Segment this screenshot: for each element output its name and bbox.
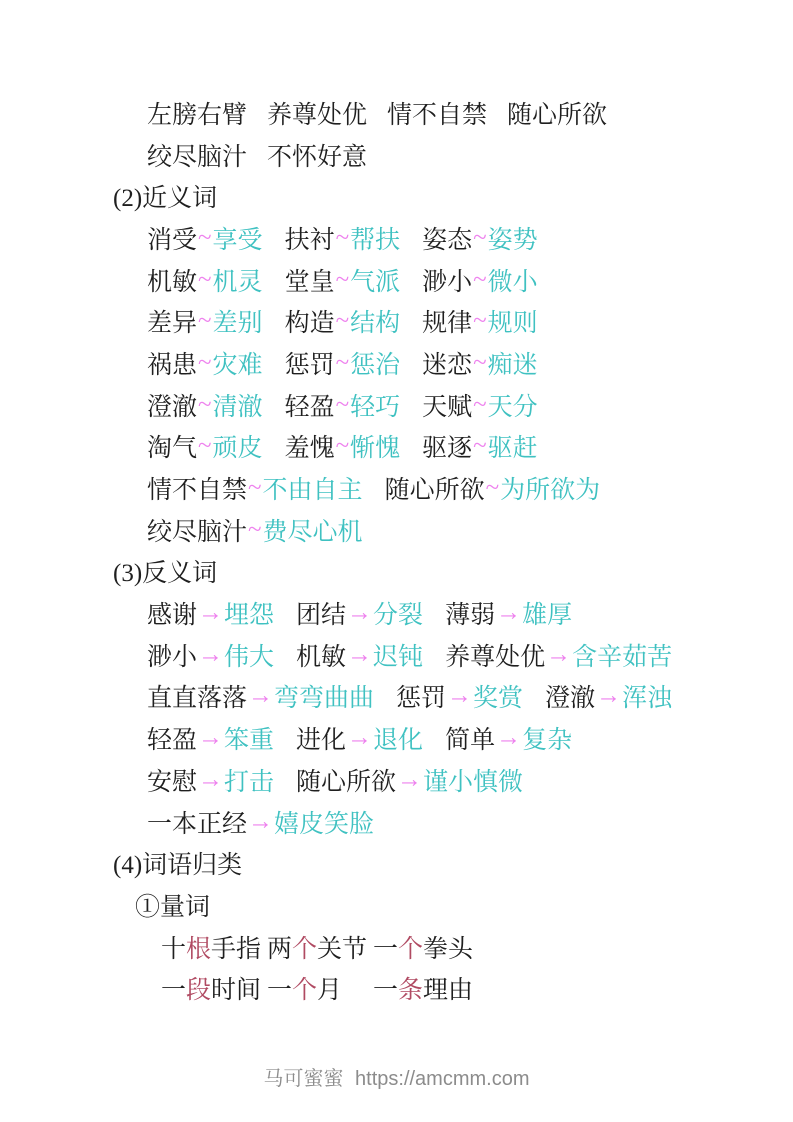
connector-symbol: ~ — [336, 224, 350, 252]
measure-word: 条 — [398, 977, 423, 1004]
measure-phrase: 一条理由 — [373, 970, 473, 1006]
measure-phrase: 一段时间 — [161, 970, 267, 1006]
related-word: 分裂 — [373, 595, 423, 631]
numeral: 两 — [267, 936, 292, 963]
related-word: 雄厚 — [522, 595, 572, 631]
base-word: 随心所欲 — [296, 762, 396, 798]
related-word: 退化 — [373, 720, 423, 756]
related-word: 伟大 — [224, 637, 274, 673]
connector-symbol: → — [596, 682, 621, 710]
base-word: 安慰 — [147, 762, 197, 798]
measure-word: 个 — [292, 977, 317, 1004]
connector-symbol: → — [397, 766, 422, 794]
word-pair: 随心所欲→谨小慎微 — [296, 762, 523, 798]
related-word: 顽皮 — [213, 428, 263, 464]
connector-symbol: ~ — [198, 224, 212, 252]
connector-symbol: ~ — [198, 307, 212, 335]
base-word: 简单 — [445, 720, 495, 756]
word-pair: 养尊处优→含辛茹苦 — [445, 637, 672, 673]
connector-symbol: → — [347, 724, 372, 752]
numeral: 十 — [161, 936, 186, 963]
word-pair: 姿态~姿势 — [422, 220, 538, 256]
word-pair: 感谢→埋怨 — [147, 595, 274, 631]
connector-symbol: ~ — [336, 349, 350, 377]
measure-word: 个 — [292, 936, 317, 963]
numeral: 一 — [373, 936, 398, 963]
connector-symbol: → — [198, 599, 223, 627]
connector-symbol: → — [347, 641, 372, 669]
watermark-footer: 马可蜜蜜 https://amcmm.com — [0, 1062, 793, 1091]
base-word: 直直落落 — [147, 678, 247, 714]
site-url: https://amcmm.com — [355, 1068, 529, 1090]
word-pair: 迷恋~痴迷 — [422, 345, 538, 381]
word-pair: 渺小→伟大 — [147, 637, 274, 673]
word-pair: 堂皇~气派 — [285, 262, 401, 298]
word-pair: 绞尽脑汁~费尽心机 — [147, 512, 363, 548]
base-word: 规律 — [422, 303, 472, 339]
connector-symbol: ~ — [473, 266, 487, 294]
connector-symbol: ~ — [248, 516, 262, 544]
connector-symbol: ~ — [248, 474, 262, 502]
connector-symbol: ~ — [486, 474, 500, 502]
related-word: 结构 — [350, 303, 400, 339]
base-word: 进化 — [296, 720, 346, 756]
synonym-row: 绞尽脑汁~费尽心机 — [147, 509, 793, 551]
base-word: 澄澈 — [147, 387, 197, 423]
idiom-lines: 左膀右臂养尊处优情不自禁随心所欲绞尽脑汁不怀好意 — [0, 92, 793, 175]
connector-symbol: ~ — [473, 432, 487, 460]
noun: 拳头 — [423, 936, 473, 963]
connector-symbol: → — [198, 766, 223, 794]
word-pair: 消受~享受 — [147, 220, 263, 256]
noun: 手指 — [211, 936, 261, 963]
base-word: 渺小 — [422, 262, 472, 298]
base-word: 随心所欲 — [385, 470, 485, 506]
connector-symbol: ~ — [473, 391, 487, 419]
antonym-rows: 感谢→埋怨团结→分裂薄弱→雄厚渺小→伟大机敏→迟钝养尊处优→含辛茹苦直直落落→弯… — [0, 592, 793, 842]
synonym-row: 祸患~灾难惩罚~惩治迷恋~痴迷 — [147, 342, 793, 384]
word-pair: 扶衬~帮扶 — [285, 220, 401, 256]
base-word: 轻盈 — [285, 387, 335, 423]
connector-symbol: ~ — [198, 266, 212, 294]
connector-symbol: → — [248, 682, 273, 710]
connector-symbol: ~ — [336, 307, 350, 335]
connector-symbol: → — [447, 682, 472, 710]
measure-word-row: 一段时间一个月一条理由 — [161, 967, 793, 1009]
base-word: 机敏 — [147, 262, 197, 298]
base-word: 羞愧 — [285, 428, 335, 464]
related-word: 奖赏 — [473, 678, 523, 714]
base-word: 迷恋 — [422, 345, 472, 381]
connector-symbol: ~ — [473, 224, 487, 252]
numeral: 一 — [267, 977, 292, 1004]
related-word: 谨小慎微 — [423, 762, 523, 798]
idiom-word: 随心所欲 — [507, 95, 607, 131]
idiom-line: 绞尽脑汁不怀好意 — [147, 134, 793, 176]
base-word: 差异 — [147, 303, 197, 339]
idiom-word: 绞尽脑汁 — [147, 137, 247, 173]
base-word: 情不自禁 — [147, 470, 247, 506]
base-word: 惩罚 — [285, 345, 335, 381]
connector-symbol: → — [347, 599, 372, 627]
related-word: 痴迷 — [488, 345, 538, 381]
site-name: 马可蜜蜜 — [263, 1068, 349, 1090]
antonym-row: 感谢→埋怨团结→分裂薄弱→雄厚 — [147, 592, 793, 634]
word-pair: 惩罚~惩治 — [285, 345, 401, 381]
related-word: 复杂 — [522, 720, 572, 756]
word-pair: 机敏~机灵 — [147, 262, 263, 298]
connector-symbol: ~ — [198, 349, 212, 377]
connector-symbol: ~ — [336, 266, 350, 294]
measure-phrase: 一个拳头 — [373, 929, 473, 965]
related-word: 享受 — [213, 220, 263, 256]
word-pair: 祸患~灾难 — [147, 345, 263, 381]
base-word: 祸患 — [147, 345, 197, 381]
vocabulary-worksheet-page: 左膀右臂养尊处优情不自禁随心所欲绞尽脑汁不怀好意 (2)近义词 消受~享受扶衬~… — [0, 0, 793, 1009]
base-word: 扶衬 — [285, 220, 335, 256]
base-word: 姿态 — [422, 220, 472, 256]
connector-symbol: → — [198, 641, 223, 669]
synonym-row: 消受~享受扶衬~帮扶姿态~姿势 — [147, 217, 793, 259]
word-pair: 差异~差别 — [147, 303, 263, 339]
base-word: 一本正经 — [147, 804, 247, 840]
antonym-row: 直直落落→弯弯曲曲惩罚→奖赏澄澈→浑浊 — [147, 676, 793, 718]
word-pair: 澄澈→浑浊 — [545, 678, 672, 714]
antonym-row: 轻盈→笨重进化→退化简单→复杂 — [147, 717, 793, 759]
synonym-row: 机敏~机灵堂皇~气派渺小~微小 — [147, 259, 793, 301]
base-word: 感谢 — [147, 595, 197, 631]
connector-symbol: ~ — [336, 391, 350, 419]
section-heading-antonyms: (3)反义词 — [113, 551, 793, 593]
measure-word-rows: 十根手指两个关节一个拳头一段时间一个月一条理由 — [0, 926, 793, 1009]
connector-symbol: → — [546, 641, 571, 669]
numeral: 一 — [373, 977, 398, 1004]
word-pair: 构造~结构 — [285, 303, 401, 339]
word-pair: 情不自禁~不由自主 — [147, 470, 363, 506]
section-heading-synonyms: (2)近义词 — [113, 175, 793, 217]
base-word: 构造 — [285, 303, 335, 339]
connector-symbol: → — [248, 808, 273, 836]
word-pair: 惩罚→奖赏 — [396, 678, 523, 714]
base-word: 驱逐 — [422, 428, 472, 464]
connector-symbol: → — [496, 724, 521, 752]
idiom-word: 养尊处优 — [267, 95, 367, 131]
related-word: 打击 — [224, 762, 274, 798]
word-pair: 团结→分裂 — [296, 595, 423, 631]
synonym-row: 情不自禁~不由自主随心所欲~为所欲为 — [147, 467, 793, 509]
word-pair: 渺小~微小 — [422, 262, 538, 298]
word-pair: 简单→复杂 — [445, 720, 572, 756]
related-word: 清澈 — [213, 387, 263, 423]
word-pair: 进化→退化 — [296, 720, 423, 756]
measure-word: 个 — [398, 936, 423, 963]
base-word: 天赋 — [422, 387, 472, 423]
related-word: 迟钝 — [373, 637, 423, 673]
related-word: 气派 — [350, 262, 400, 298]
connector-symbol: → — [198, 724, 223, 752]
idiom-word: 情不自禁 — [387, 95, 487, 131]
related-word: 机灵 — [213, 262, 263, 298]
related-word: 惩治 — [350, 345, 400, 381]
connector-symbol: → — [496, 599, 521, 627]
synonym-row: 淘气~顽皮羞愧~惭愧驱逐~驱赶 — [147, 426, 793, 468]
related-word: 笨重 — [224, 720, 274, 756]
related-word: 规则 — [488, 303, 538, 339]
synonym-row: 澄澈~清澈轻盈~轻巧天赋~天分 — [147, 384, 793, 426]
base-word: 惩罚 — [396, 678, 446, 714]
noun: 理由 — [423, 977, 473, 1004]
synonym-rows: 消受~享受扶衬~帮扶姿态~姿势机敏~机灵堂皇~气派渺小~微小差异~差别构造~结构… — [0, 217, 793, 551]
related-word: 弯弯曲曲 — [274, 678, 374, 714]
base-word: 薄弱 — [445, 595, 495, 631]
base-word: 堂皇 — [285, 262, 335, 298]
connector-symbol: ~ — [198, 391, 212, 419]
connector-symbol: ~ — [473, 307, 487, 335]
base-word: 团结 — [296, 595, 346, 631]
measure-phrase: 十根手指 — [161, 929, 267, 965]
word-pair: 安慰→打击 — [147, 762, 274, 798]
word-pair: 轻盈→笨重 — [147, 720, 274, 756]
related-word: 费尽心机 — [263, 512, 363, 548]
idiom-line: 左膀右臂养尊处优情不自禁随心所欲 — [147, 92, 793, 134]
section-heading-categories: (4)词语归类 — [113, 842, 793, 884]
measure-word: 段 — [186, 977, 211, 1004]
numeral: 一 — [161, 977, 186, 1004]
word-pair: 驱逐~驱赶 — [422, 428, 538, 464]
base-word: 淘气 — [147, 428, 197, 464]
noun: 关节 — [317, 936, 367, 963]
word-pair: 薄弱→雄厚 — [445, 595, 572, 631]
related-word: 不由自主 — [263, 470, 363, 506]
antonym-row: 渺小→伟大机敏→迟钝养尊处优→含辛茹苦 — [147, 634, 793, 676]
related-word: 嬉皮笑脸 — [274, 804, 374, 840]
related-word: 差别 — [213, 303, 263, 339]
measure-word: 根 — [186, 936, 211, 963]
connector-symbol: ~ — [198, 432, 212, 460]
word-pair: 机敏→迟钝 — [296, 637, 423, 673]
related-word: 姿势 — [488, 220, 538, 256]
related-word: 天分 — [488, 387, 538, 423]
base-word: 轻盈 — [147, 720, 197, 756]
subsection-heading-measure-words: ①量词 — [135, 884, 793, 926]
related-word: 轻巧 — [350, 387, 400, 423]
connector-symbol: ~ — [336, 432, 350, 460]
antonym-row: 安慰→打击随心所欲→谨小慎微 — [147, 759, 793, 801]
base-word: 养尊处优 — [445, 637, 545, 673]
word-pair: 随心所欲~为所欲为 — [385, 470, 601, 506]
base-word: 渺小 — [147, 637, 197, 673]
related-word: 微小 — [488, 262, 538, 298]
noun: 时间 — [211, 977, 261, 1004]
noun: 月 — [317, 977, 342, 1004]
idiom-word: 不怀好意 — [267, 137, 367, 173]
base-word: 消受 — [147, 220, 197, 256]
related-word: 驱赶 — [488, 428, 538, 464]
base-word: 绞尽脑汁 — [147, 512, 247, 548]
word-pair: 淘气~顽皮 — [147, 428, 263, 464]
base-word: 机敏 — [296, 637, 346, 673]
measure-phrase: 两个关节 — [267, 929, 373, 965]
related-word: 为所欲为 — [500, 470, 600, 506]
related-word: 灾难 — [213, 345, 263, 381]
related-word: 含辛茹苦 — [572, 637, 672, 673]
measure-phrase: 一个月 — [267, 970, 373, 1006]
word-pair: 澄澈~清澈 — [147, 387, 263, 423]
connector-symbol: ~ — [473, 349, 487, 377]
word-pair: 羞愧~惭愧 — [285, 428, 401, 464]
word-pair: 一本正经→嬉皮笑脸 — [147, 804, 374, 840]
word-pair: 天赋~天分 — [422, 387, 538, 423]
related-word: 浑浊 — [622, 678, 672, 714]
word-pair: 轻盈~轻巧 — [285, 387, 401, 423]
word-pair: 规律~规则 — [422, 303, 538, 339]
idiom-word: 左膀右臂 — [147, 95, 247, 131]
related-word: 惭愧 — [350, 428, 400, 464]
related-word: 埋怨 — [224, 595, 274, 631]
measure-word-row: 十根手指两个关节一个拳头 — [161, 926, 793, 968]
synonym-row: 差异~差别构造~结构规律~规则 — [147, 300, 793, 342]
antonym-row: 一本正经→嬉皮笑脸 — [147, 801, 793, 843]
base-word: 澄澈 — [545, 678, 595, 714]
word-pair: 直直落落→弯弯曲曲 — [147, 678, 374, 714]
related-word: 帮扶 — [350, 220, 400, 256]
